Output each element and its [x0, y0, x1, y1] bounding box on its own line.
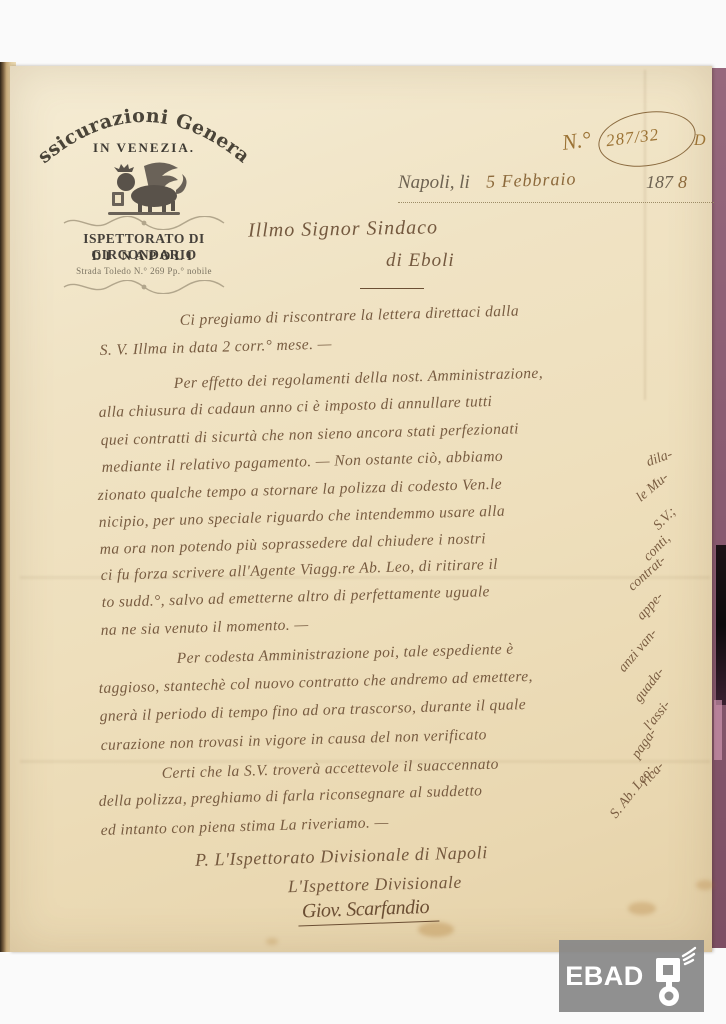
body-line: ed intanto con piena stima La riveriamo.…	[100, 814, 388, 840]
scanned-letter-page: { "letterhead": { "company_arc": "Assicu…	[0, 0, 726, 1024]
letterhead-office-line2: DI NAPOLI	[32, 248, 256, 264]
body-line: to sudd.°, salvo ad emetterne altro di p…	[101, 583, 490, 612]
ebad-watermark-label: EBAD	[565, 961, 644, 992]
body-line: curazione non trovasi in vigore in causa…	[100, 726, 487, 755]
margin-note: S.V.;	[651, 505, 680, 534]
closing-office-line: P. L'Ispettorato Divisionale di Napoli	[195, 842, 488, 871]
body-line: Ci pregiamo di riscontrare la lettera di…	[179, 303, 519, 330]
dateline-year-printed: 187	[646, 172, 673, 193]
dateline-day-month: 5 Febbraio	[486, 168, 577, 192]
body-line: della polizza, preghiamo di farla ricons…	[98, 782, 482, 811]
dateline: Napoli, li 5 Febbraio 187 8	[398, 170, 714, 203]
body-line: na ne sia venuto il momento. —	[100, 616, 308, 640]
stain	[418, 922, 454, 937]
body-line: Per effetto dei regolamenti della nost. …	[173, 365, 543, 393]
body-line: ma ora non potendo più soprassedere dal …	[99, 530, 486, 559]
flourish-divider	[60, 216, 228, 230]
recipient-underline	[360, 288, 424, 289]
signature: Giov. Scarfandio	[298, 896, 440, 927]
body-line: ci fu forza scrivere all'Agente Viagg.re…	[100, 556, 498, 585]
body-line: mediante il relativo pagamento. — Non os…	[101, 448, 503, 477]
flourish-divider	[60, 280, 228, 294]
margin-note: paga-	[629, 726, 661, 762]
body-line: nicipio, per uno speciale riguardo che i…	[98, 503, 505, 532]
book-binding-strip	[712, 68, 726, 948]
margin-note: appe-	[634, 590, 667, 624]
protocol-number: N.° 287/32 D	[562, 106, 712, 176]
body-line: Per codesta Amministrazione poi, tale es…	[176, 641, 513, 668]
letterhead-address: Strada Toledo N.° 269 Pp.° nobile	[32, 266, 256, 276]
body-line: zionato qualche tempo a stornare la poli…	[97, 476, 502, 505]
letterhead-city: IN VENEZIA.	[32, 140, 256, 156]
body-line: gnerà il periodo di tempo fino ad ora tr…	[99, 696, 526, 726]
dateline-city: Napoli, li	[398, 172, 470, 194]
recipient-line1: Illmo Signor Sindaco	[248, 216, 438, 242]
protocol-suffix: D	[694, 132, 706, 150]
stain	[266, 938, 278, 945]
stain	[628, 902, 656, 915]
recipient-line2: di Eboli	[386, 250, 455, 272]
body-line: alla chiusura di cadaun anno ci è impost…	[98, 393, 492, 422]
margin-note: le Mu-	[634, 470, 673, 506]
body-line: taggioso, stantechè col nuovo contratto …	[98, 668, 533, 698]
binding-shadow	[716, 545, 726, 705]
binding-highlight	[714, 700, 722, 760]
stain	[696, 880, 714, 890]
body-line: quei contratti di sicurtà che non sieno …	[100, 420, 519, 450]
letter-paper: Assicurazioni Generali IN VENEZIA.	[10, 66, 712, 952]
ebad-watermark: EBAD	[559, 940, 704, 1012]
ebad-logo-icon	[652, 946, 698, 1006]
dateline-year-digit: 8	[678, 172, 687, 193]
body-line: S. V. Illma in data 2 corr.° mese. —	[99, 336, 332, 360]
margin-note: S. Ab. Leo;	[607, 763, 658, 822]
winged-lion-icon	[92, 156, 196, 218]
protocol-prefix: N.°	[560, 126, 592, 156]
closing-role-line: L'Ispettore Divisionale	[288, 872, 462, 898]
margin-note: dila-	[645, 447, 675, 471]
